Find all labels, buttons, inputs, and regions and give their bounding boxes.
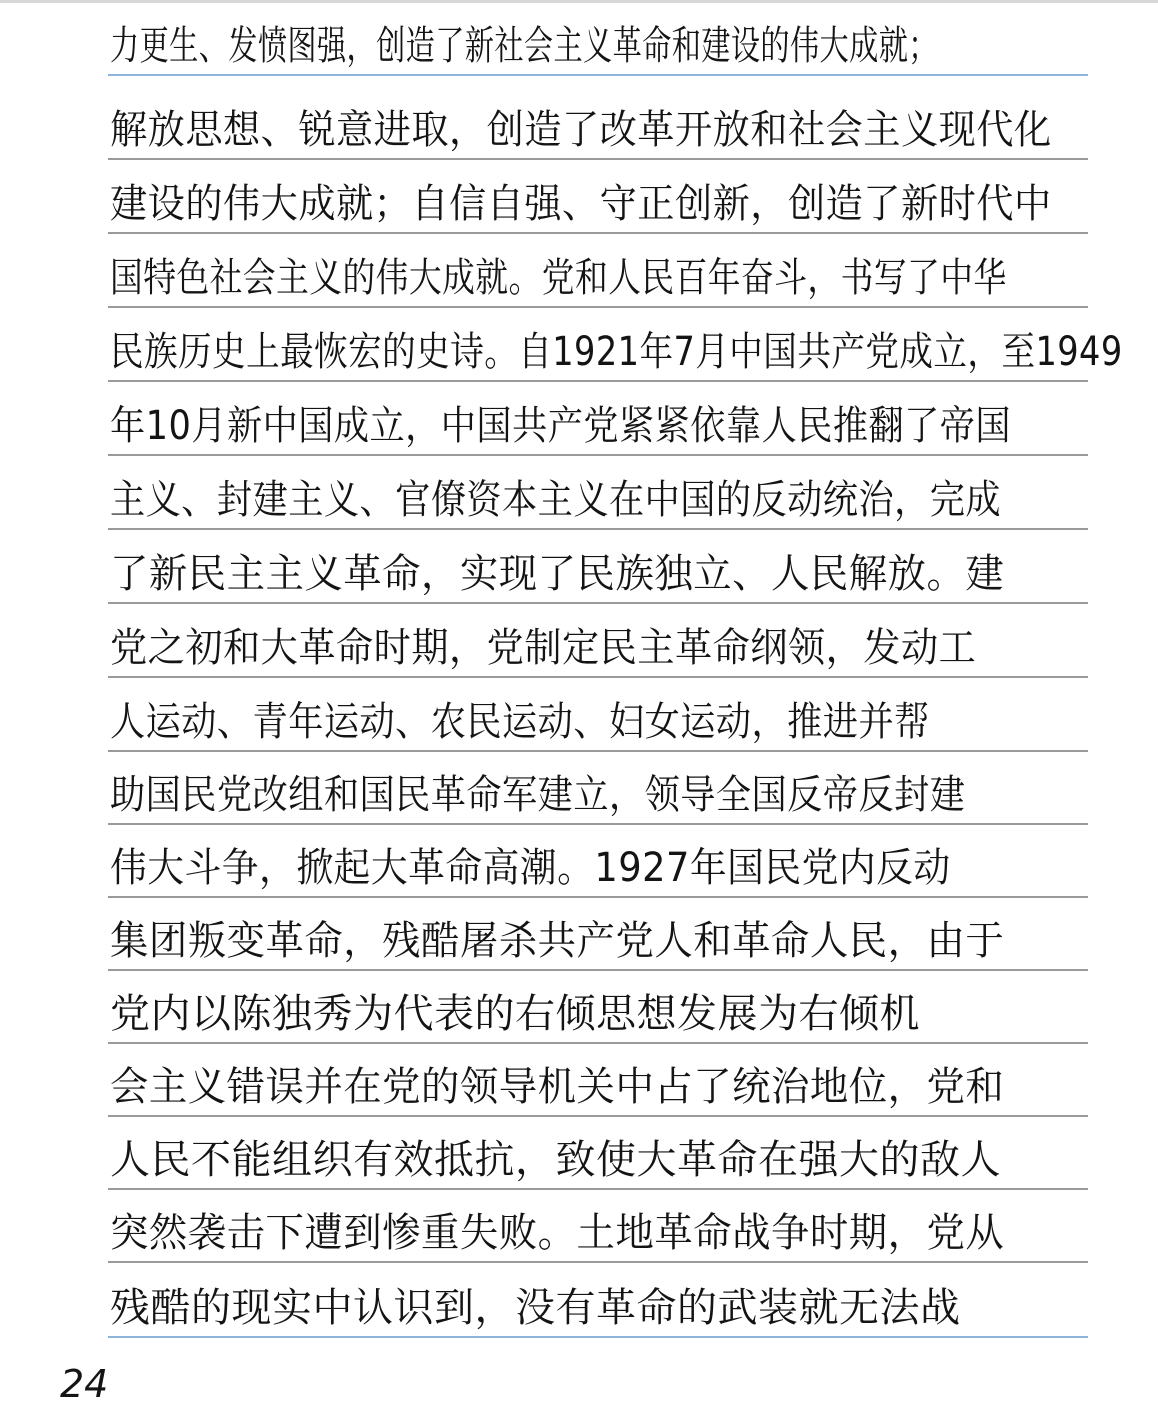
ruled-line-16: 人民不能组织有效抵抗，致使大革命在强大的敌人	[108, 1128, 1088, 1190]
handwritten-line: 残酷的现实中认识到，没有革命的武装就无法战	[110, 1282, 961, 1334]
handwritten-line: 年10月新中国成立，中国共产党紧紧依靠人民推翻了帝国	[110, 400, 1011, 452]
handwritten-line: 力更生、发愤图强，创造了新社会主义革命和建设的伟大成就；	[110, 20, 938, 72]
handwritten-line: 建设的伟大成就；自信自强、守正创新，创造了新时代中	[110, 178, 1052, 230]
ruled-line-8: 了新民主主义革命，实现了民族独立、人民解放。建	[108, 542, 1088, 604]
handwritten-line: 会主义错误并在党的领导机关中占了统治地位，党和	[110, 1061, 1004, 1113]
handwritten-line: 人运动、青年运动、农民运动、妇女运动，推进并帮	[110, 696, 930, 748]
handwritten-line: 解放思想、锐意进取，创造了改革开放和社会主义现代化	[110, 104, 1052, 156]
notebook-page: 力更生、发愤图强，创造了新社会主义革命和建设的伟大成就； 解放思想、锐意进取，创…	[0, 0, 1158, 1416]
ruled-line-5: 民族历史上最恢宏的史诗。自1921年7月中国共产党成立，至1949	[108, 320, 1088, 382]
ruled-line-12: 伟大斗争，掀起大革命高潮。1927年国民党内反动	[108, 836, 1088, 898]
handwritten-line: 民族历史上最恢宏的史诗。自1921年7月中国共产党成立，至1949	[110, 326, 1123, 378]
ruled-line-10: 人运动、青年运动、农民运动、妇女运动，推进并帮	[108, 690, 1088, 752]
handwritten-line: 主义、封建主义、官僚资本主义在中国的反动统治，完成	[110, 474, 1001, 526]
ruled-line-7: 主义、封建主义、官僚资本主义在中国的反动统治，完成	[108, 468, 1088, 530]
ruled-line-4: 国特色社会主义的伟大成就。党和人民百年奋斗，书写了中华	[108, 246, 1088, 308]
ruled-line-6: 年10月新中国成立，中国共产党紧紧依靠人民推翻了帝国	[108, 394, 1088, 456]
handwritten-line: 集团叛变革命，残酷屠杀共产党人和革命人民，由于	[110, 915, 1004, 967]
ruled-line-1: 力更生、发愤图强，创造了新社会主义革命和建设的伟大成就；	[108, 14, 1088, 76]
ruled-line-13: 集团叛变革命，残酷屠杀共产党人和革命人民，由于	[108, 909, 1088, 971]
handwritten-line: 了新民主主义革命，实现了民族独立、人民解放。建	[110, 548, 1004, 600]
ruled-line-11: 助国民党改组和国民革命军建立，领导全国反帝反封建	[108, 763, 1088, 825]
handwritten-line: 国特色社会主义的伟大成就。党和人民百年奋斗，书写了中华	[110, 252, 1007, 304]
ruled-line-17: 突然袭击下遭到惨重失败。土地革命战争时期，党从	[108, 1201, 1088, 1263]
page-number: 24	[60, 1362, 108, 1406]
handwritten-line: 助国民党改组和国民革命军建立，领导全国反帝反封建	[110, 769, 965, 821]
ruled-line-2: 解放思想、锐意进取，创造了改革开放和社会主义现代化	[108, 98, 1088, 160]
ruled-line-3: 建设的伟大成就；自信自强、守正创新，创造了新时代中	[108, 172, 1088, 234]
ruled-line-15: 会主义错误并在党的领导机关中占了统治地位，党和	[108, 1055, 1088, 1117]
ruled-line-9: 党之初和大革命时期，党制定民主革命纲领，发动工	[108, 616, 1088, 678]
handwritten-line: 党之初和大革命时期，党制定民主革命纲领，发动工	[110, 622, 976, 674]
handwritten-line: 人民不能组织有效抵抗，致使大革命在强大的敌人	[110, 1134, 1001, 1186]
handwritten-line: 伟大斗争，掀起大革命高潮。1927年国民党内反动	[110, 842, 951, 894]
ruled-line-14: 党内以陈独秀为代表的右倾思想发展为右倾机	[108, 982, 1088, 1044]
handwritten-line: 突然袭击下遭到惨重失败。土地革命战争时期，党从	[110, 1207, 1004, 1259]
handwritten-line: 党内以陈独秀为代表的右倾思想发展为右倾机	[110, 988, 920, 1040]
ruled-line-18: 残酷的现实中认识到，没有革命的武装就无法战	[108, 1276, 1088, 1338]
